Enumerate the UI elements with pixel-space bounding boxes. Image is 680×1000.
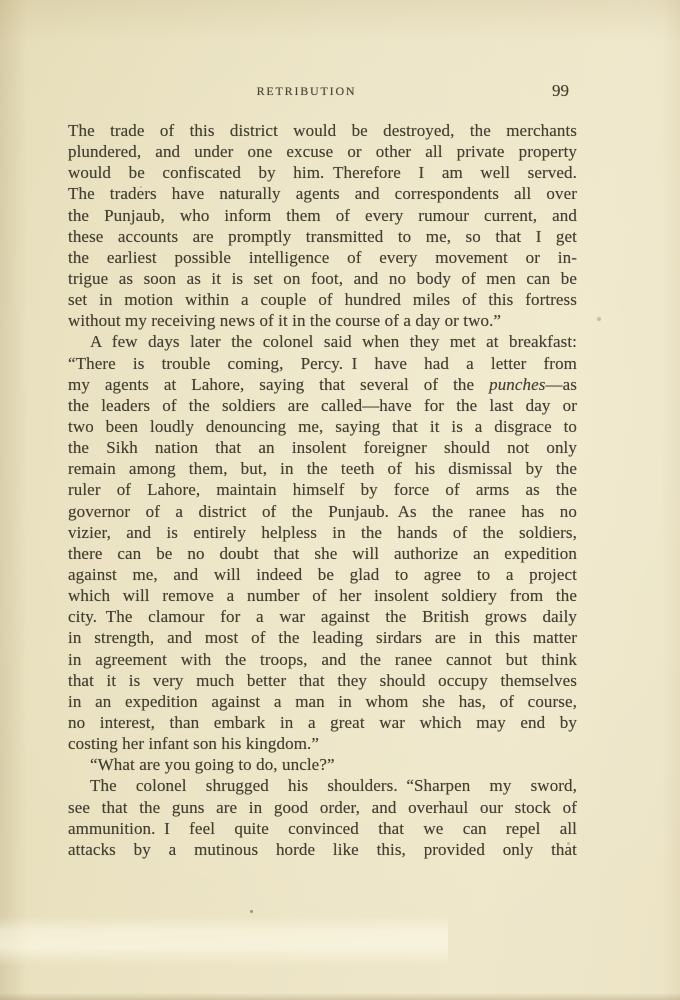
text-line: without my receiving news of it in the c…: [68, 310, 577, 331]
scan-bottom-edge: [0, 993, 680, 1000]
paragraph: “What are you going to do, uncle?”: [68, 754, 577, 775]
scan-speck: [250, 910, 253, 913]
italic-term: punches: [489, 375, 545, 394]
page-number: 99: [552, 81, 569, 101]
paragraph: A few days later the colonel said when t…: [68, 331, 577, 754]
text-line: The trade of this district would be dest…: [68, 120, 577, 141]
running-title: RETRIBUTION: [52, 84, 561, 99]
text-line: remain among them, but, in the teeth of …: [68, 458, 577, 479]
text-line: The colonel shrugged his shoulders. “Sha…: [68, 775, 577, 796]
text-line: these accounts are promptly transmitted …: [68, 226, 577, 247]
text-line: there can be no doubt that she will auth…: [68, 543, 577, 564]
scan-speck: [140, 186, 142, 188]
scan-speck: [567, 842, 570, 845]
text-line: would be confiscated by him. Therefore I…: [68, 162, 577, 183]
text-line: that it is very much better that they sh…: [68, 670, 577, 691]
text-line: governor of a district of the Punjaub. A…: [68, 501, 577, 522]
text-line: which will remove a number of her insole…: [68, 585, 577, 606]
text-line: my agents at Lahore, saying that several…: [68, 374, 577, 395]
scan-light-band: [0, 916, 448, 966]
text-line: two been loudly denouncing me, saying th…: [68, 416, 577, 437]
text-line: set in motion within a couple of hundred…: [68, 289, 577, 310]
text-line: no interest, than embark in a great war …: [68, 712, 577, 733]
text-line: ruler of Lahore, maintain himself by for…: [68, 479, 577, 500]
text-line: The traders have naturally agents and co…: [68, 183, 577, 204]
text-line: “There is trouble coming, Percy. I have …: [68, 353, 577, 374]
text-line: in strength, and most of the leading sir…: [68, 627, 577, 648]
page-body: The trade of this district would be dest…: [68, 120, 577, 860]
text-line: in agreement with the troops, and the ra…: [68, 649, 577, 670]
text-line: the earliest possible intelligence of ev…: [68, 247, 577, 268]
text-line: “What are you going to do, uncle?”: [68, 754, 577, 775]
text-line: the Sikh nation that an insolent foreign…: [68, 437, 577, 458]
scan-speck: [597, 317, 601, 321]
text-line: the Punjaub, who inform them of every ru…: [68, 205, 577, 226]
page-header: RETRIBUTION 99: [68, 84, 577, 104]
text-line: in an expedition against a man in whom s…: [68, 691, 577, 712]
text-line: costing her infant son his kingdom.”: [68, 733, 577, 754]
text-line: the leaders of the soldiers are called—h…: [68, 395, 577, 416]
text-line: A few days later the colonel said when t…: [68, 331, 577, 352]
text-line: against me, and will indeed be glad to a…: [68, 564, 577, 585]
text-line: city. The clamour for a war against the …: [68, 606, 577, 627]
paragraph: The colonel shrugged his shoulders. “Sha…: [68, 775, 577, 860]
text-line: ammunition. I feel quite convinced that …: [68, 818, 577, 839]
text-line: trigue as soon as it is set on foot, and…: [68, 268, 577, 289]
text-line: attacks by a mutinous horde like this, p…: [68, 839, 577, 860]
text-line: vizier, and is entirely helpless in the …: [68, 522, 577, 543]
paragraph: The trade of this district would be dest…: [68, 120, 577, 331]
text-line: see that the guns are in good order, and…: [68, 797, 577, 818]
text-line: plundered, and under one excuse or other…: [68, 141, 577, 162]
book-page: RETRIBUTION 99 The trade of this distric…: [0, 0, 680, 1000]
